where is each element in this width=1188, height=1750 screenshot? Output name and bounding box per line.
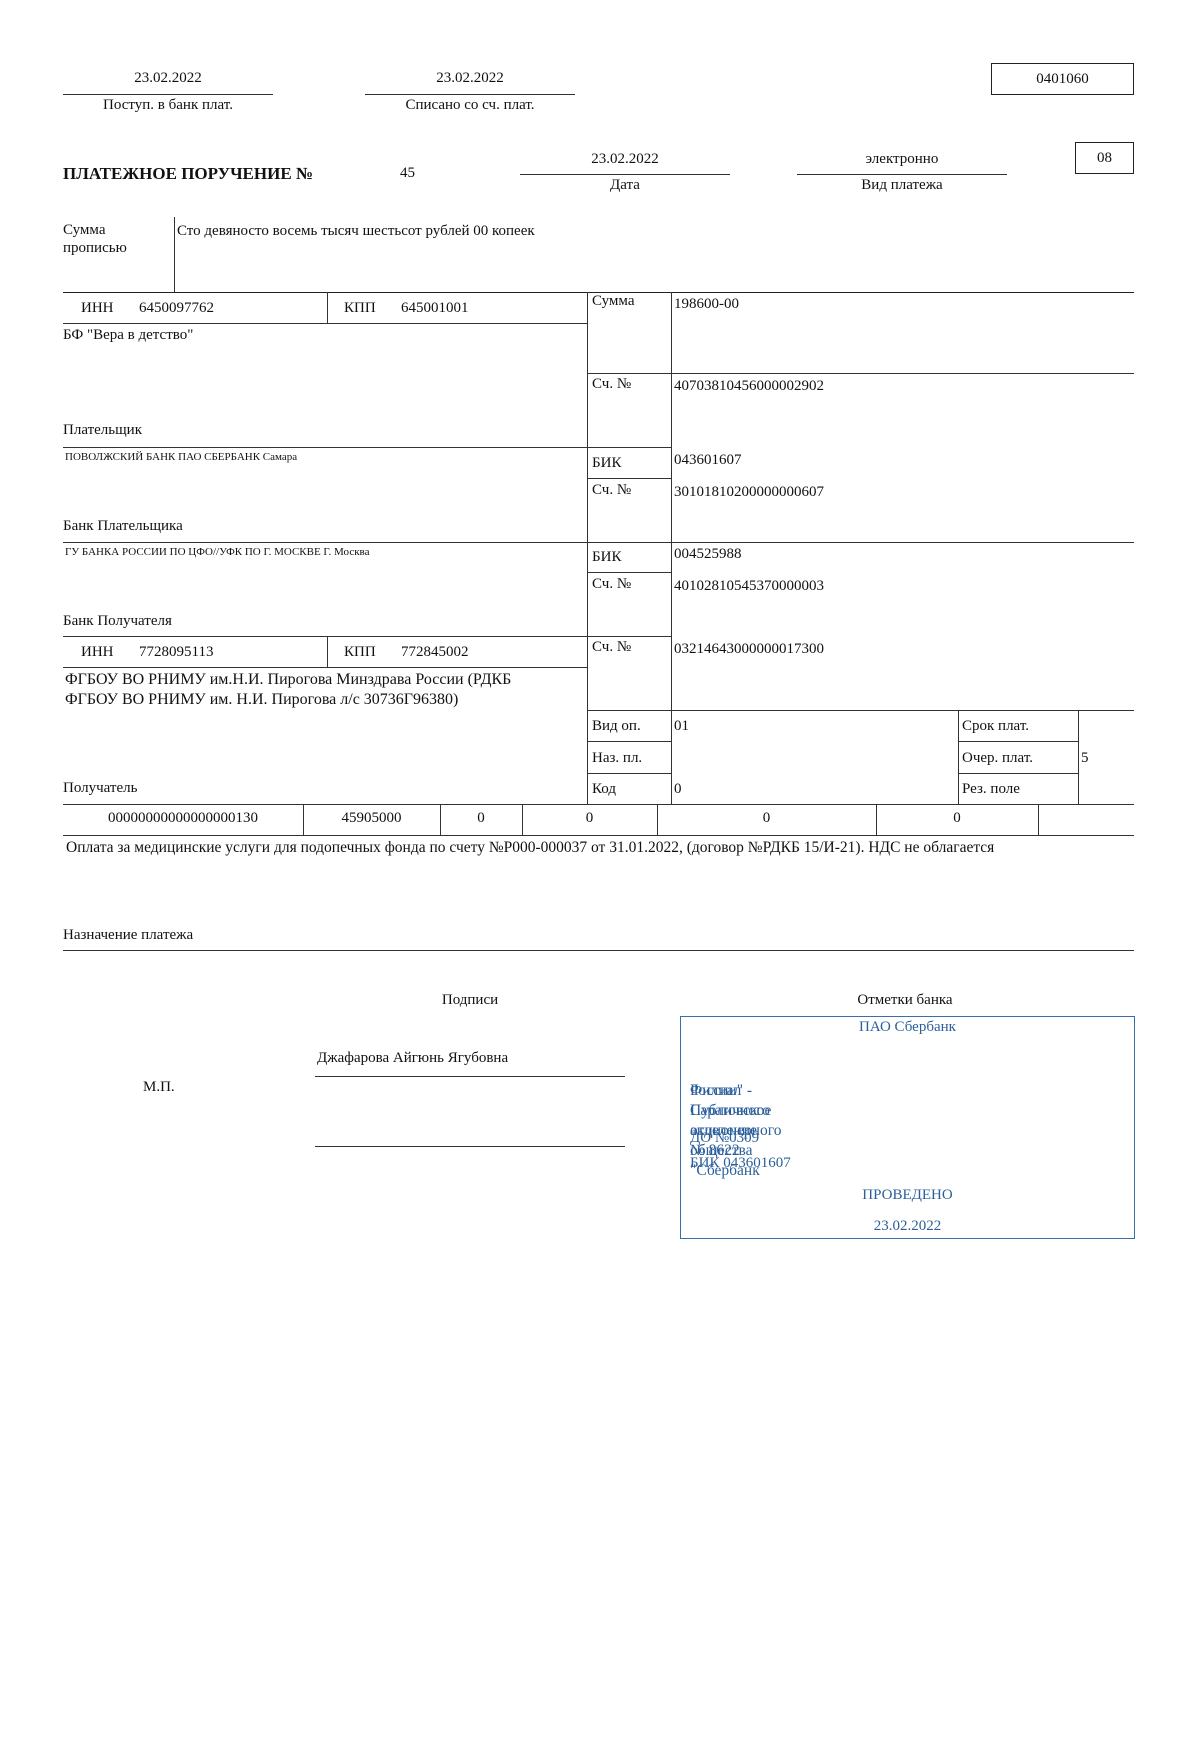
divider <box>522 804 523 835</box>
status-code-box: 08 <box>1075 142 1134 174</box>
bank-marks-label: Отметки банка <box>760 992 1050 1009</box>
debited-label: Списано со сч. плат. <box>365 97 575 114</box>
document-number: 45 <box>400 165 415 182</box>
page-title: ПЛАТЕЖНОЕ ПОРУЧЕНИЕ № <box>63 164 313 184</box>
stamp-branch-line2: России" - Саратовское отделение № 8622 <box>690 1081 771 1161</box>
divider <box>63 323 587 324</box>
amount-words-label-line1: Сумма <box>63 221 127 239</box>
signature-line <box>315 1146 625 1147</box>
divider <box>63 447 671 448</box>
divider <box>587 710 1134 711</box>
divider <box>520 174 730 175</box>
payee-account: 03214643000000017300 <box>674 641 824 658</box>
payer-label: Плательщик <box>63 422 142 439</box>
stamp-bank-name: ПАО Сбербанк <box>681 1019 1134 1036</box>
payment-type: электронно <box>797 151 1007 168</box>
payment-type-label: Вид платежа <box>797 177 1007 194</box>
amount-words-label-line2: прописью <box>63 239 127 257</box>
received-label: Поступ. в банк плат. <box>63 97 273 114</box>
payer-bank-label: Банк Плательщика <box>63 518 183 535</box>
purpose-label: Назначение платежа <box>63 927 193 944</box>
divider <box>63 636 671 637</box>
op-type-label: Вид оп. <box>592 718 641 735</box>
divider <box>876 804 877 835</box>
sum-value: 198600-00 <box>674 296 739 313</box>
amount-words-value: Сто девяносто восемь тысяч шестьсот рубл… <box>177 223 535 240</box>
tax-field-cell: 0 <box>522 810 657 827</box>
payee-bank-bik-label: БИК <box>592 549 621 566</box>
priority-value: 5 <box>1081 750 1089 767</box>
op-type: 01 <box>674 718 689 735</box>
divider <box>365 94 575 95</box>
payee-bank-name: ГУ БАНКА РОССИИ ПО ЦФО//УФК ПО Г. МОСКВЕ… <box>65 546 370 558</box>
divider <box>657 804 658 835</box>
divider <box>174 217 175 292</box>
divider <box>440 804 441 835</box>
payee-name-line1: ФГБОУ ВО РНИМУ им.Н.И. Пирогова Минздрав… <box>65 670 511 690</box>
seal-label: М.П. <box>143 1079 175 1096</box>
sum-label: Сумма <box>592 293 634 310</box>
tax-field-cell: 0 <box>440 810 522 827</box>
code-value: 0 <box>674 781 682 798</box>
payee-kpp: 772845002 <box>401 644 469 661</box>
divider <box>958 773 1078 774</box>
date-label: Дата <box>520 177 730 194</box>
received-date: 23.02.2022 <box>63 70 273 87</box>
payee-inn: 7728095113 <box>139 644 213 661</box>
payer-kpp: 645001001 <box>401 300 469 317</box>
divider <box>587 478 671 479</box>
code-label: Код <box>592 781 616 798</box>
payer-account: 40703810456000002902 <box>674 378 824 395</box>
divider <box>1078 710 1079 804</box>
stamp-status: ПРОВЕДЕНО <box>681 1187 1134 1204</box>
divider <box>63 542 1134 543</box>
tax-field-cell: 0 <box>657 810 876 827</box>
payer-bank-account-label: Сч. № <box>592 482 631 499</box>
tax-row: 00000000000000000130459050000000 <box>63 804 1134 835</box>
divider <box>587 741 671 742</box>
signer-name: Джафарова Айгюнь Ягубовна <box>317 1050 508 1067</box>
payer-kpp-label: КПП <box>344 300 376 317</box>
divider <box>1038 804 1039 835</box>
payee-bank-account-label: Сч. № <box>592 576 631 593</box>
reserve-label: Рез. поле <box>962 781 1020 798</box>
divider <box>587 292 588 804</box>
purpose-text: Оплата за медицинские услуги для подопеч… <box>66 839 994 857</box>
tax-field-cell: 00000000000000000130 <box>63 810 303 827</box>
tax-field-cell: 45905000 <box>303 810 440 827</box>
payee-account-label: Сч. № <box>592 639 631 656</box>
divider <box>327 636 328 667</box>
amount-words-label: Сумма прописью <box>63 221 127 257</box>
divider <box>958 710 959 804</box>
stamp-office: ДО №0309 <box>690 1130 759 1147</box>
payee-kpp-label: КПП <box>344 644 376 661</box>
divider <box>671 292 672 804</box>
divider <box>63 667 587 668</box>
payer-name: БФ "Вера в детство" <box>63 327 193 344</box>
payer-account-label: Сч. № <box>592 376 631 393</box>
divider <box>303 804 304 835</box>
due-label: Срок плат. <box>962 718 1029 735</box>
debited-date: 23.02.2022 <box>365 70 575 87</box>
bank-stamp: ПАО Сбербанк Филиал Публичного акционерн… <box>680 1016 1135 1239</box>
divider <box>958 741 1078 742</box>
document-date: 23.02.2022 <box>520 151 730 168</box>
payee-bank-account: 40102810545370000003 <box>674 578 824 595</box>
priority-label: Очер. плат. <box>962 750 1033 767</box>
payer-bank-account: 30101810200000000607 <box>674 484 824 501</box>
signatures-label: Подписи <box>380 992 560 1009</box>
divider <box>587 773 671 774</box>
payee-label: Получатель <box>63 780 137 797</box>
signature-line <box>315 1076 625 1077</box>
stamp-bik: БИК 043601607 <box>690 1155 791 1172</box>
payer-bank-bik-label: БИК <box>592 455 621 472</box>
divider <box>63 94 273 95</box>
divider <box>63 950 1134 951</box>
tax-field-cell: 0 <box>876 810 1038 827</box>
divider <box>587 373 1134 374</box>
divider <box>327 292 328 323</box>
divider <box>63 835 1134 836</box>
divider <box>797 174 1007 175</box>
payer-inn: 6450097762 <box>139 300 214 317</box>
payee-bank-bik: 004525988 <box>674 546 742 563</box>
payer-inn-label: ИНН <box>81 300 114 317</box>
payee-inn-label: ИНН <box>81 644 114 661</box>
form-code-box: 0401060 <box>991 63 1134 95</box>
stamp-date: 23.02.2022 <box>681 1218 1134 1235</box>
divider <box>587 572 671 573</box>
payee-name: ФГБОУ ВО РНИМУ им.Н.И. Пирогова Минздрав… <box>65 670 511 710</box>
payer-bank-bik: 043601607 <box>674 452 742 469</box>
payee-name-line2: ФГБОУ ВО РНИМУ им. Н.И. Пирогова л/с 307… <box>65 690 511 710</box>
purpose-code-label: Наз. пл. <box>592 750 642 767</box>
payer-bank-name: ПОВОЛЖСКИЙ БАНК ПАО СБЕРБАНК Самара <box>65 451 297 463</box>
payee-bank-label: Банк Получателя <box>63 613 172 630</box>
